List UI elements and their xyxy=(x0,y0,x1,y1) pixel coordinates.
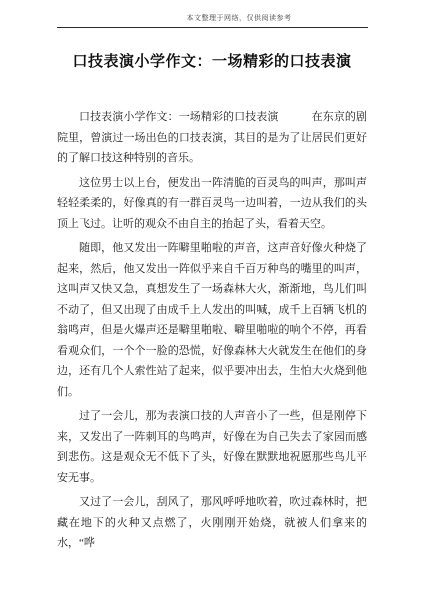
header-disclaimer: 本文整理于网络，仅供阅读参考 xyxy=(27,0,424,23)
body-paragraph: 又过了一会儿，刮风了，那风呼呼地吹着，吹过森林时，把藏在地下的火种又点燃了，火刚… xyxy=(57,492,367,554)
header-divider xyxy=(57,27,368,28)
body-paragraph: 随即，他又发出一阵噼里啪啦的声音，这声音好像火种烧了起来，然后，他又发出一阵似乎… xyxy=(57,238,367,402)
body-paragraph: 过了一会儿，那为表演口技的人声音小了一些，但是刚停下来，又发出了一阵刺耳的鸟鸣声… xyxy=(57,406,367,488)
document-body: 口技表演小学作文：一场精彩的口技表演 在东京的剧院里，曾演过一场出色的口技表演，… xyxy=(57,107,367,554)
document-title: 口技表演小学作文：一场精彩的口技表演 xyxy=(28,50,396,71)
body-paragraph: 口技表演小学作文：一场精彩的口技表演 在东京的剧院里，曾演过一场出色的口技表演，… xyxy=(57,107,367,169)
document-page: 本文整理于网络，仅供阅读参考 口技表演小学作文：一场精彩的口技表演 口技表演小学… xyxy=(0,0,424,600)
body-paragraph: 这位男士以上台，便发出一阵清脆的百灵鸟的叫声，那叫声轻轻柔柔的，好像真的有一群百… xyxy=(57,173,367,235)
